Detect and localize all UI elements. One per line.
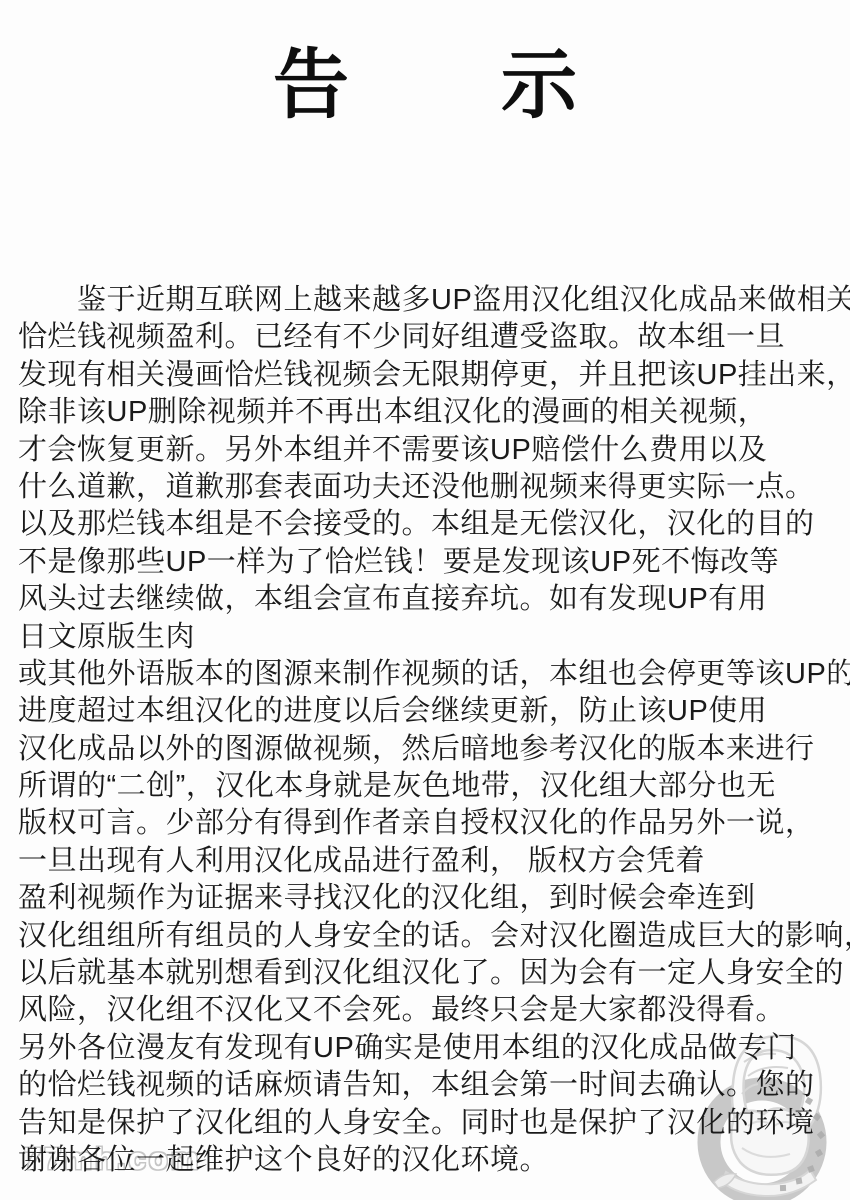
notice-line: 日文原版生肉 xyxy=(18,619,843,656)
notice-line: 盈利视频作为证据来寻找汉化的汉化组，到时候会牵连到 xyxy=(18,880,843,917)
notice-line: 除非该UP删除视频并不再出本组汉化的漫画的相关视频， xyxy=(18,394,843,431)
notice-line: 进度超过本组汉化的进度以后会继续更新，防止该UP使用 xyxy=(18,693,843,730)
notice-line: 风头过去继续做，本组会宣布直接弃坑。如有发现UP有用 xyxy=(18,581,843,618)
title-char-1: 告 xyxy=(273,48,349,124)
notice-line: 版权可言。少部分有得到作者亲自授权汉化的作品另外一说， xyxy=(18,805,843,842)
notice-line: 所谓的“二创”，汉化本身就是灰色地带，汉化组大部分也无 xyxy=(18,768,843,805)
notice-line: 风险，汉化组不汉化又不会死。最终只会是大家都没得看。 xyxy=(18,992,843,1029)
notice-page: 告 示 xyxy=(0,0,850,1200)
notice-line: 或其他外语版本的图源来制作视频的话，本组也会停更等该UP的 xyxy=(18,656,843,693)
notice-line: 恰烂钱视频盈利。已经有不少同好组遭受盗取。故本组一旦 xyxy=(18,319,843,356)
notice-line: 汉化成品以外的图源做视频，然后暗地参考汉化的版本来进行 xyxy=(18,731,843,768)
notice-line: 的恰烂钱视频的话麻烦请告知，本组会第一时间去确认。您的 xyxy=(18,1067,843,1104)
notice-body: 鉴于近期互联网上越来越多UP盗用汉化组汉化成品来做相关 恰烂钱视频盈利。已经有不… xyxy=(18,282,843,1179)
notice-line: 另外各位漫友有发现有UP确实是使用本组的汉化成品做专门 xyxy=(18,1030,843,1067)
notice-line: 以后就基本就别想看到汉化组汉化了。因为会有一定人身安全的 xyxy=(18,955,843,992)
notice-line: 告知是保护了汉化组的人身安全。同时也是保护了汉化的环境 xyxy=(18,1105,843,1142)
notice-line: 什么道歉，道歉那套表面功夫还没他删视频来得更实际一点。 xyxy=(18,469,843,506)
notice-line: 汉化组组所有组员的人身安全的话。会对汉化圈造成巨大的影响， xyxy=(18,918,843,955)
notice-line: 不是像那些UP一样为了恰烂钱！要是发现该UP死不悔改等 xyxy=(18,544,843,581)
notice-line: 鉴于近期互联网上越来越多UP盗用汉化组汉化成品来做相关 xyxy=(18,282,843,319)
notice-line: 才会恢复更新。另外本组并不需要该UP赔偿什么费用以及 xyxy=(18,432,843,469)
notice-line: 以及那烂钱本组是不会接受的。本组是无偿汉化，汉化的目的 xyxy=(18,506,843,543)
notice-line: 发现有相关漫画恰烂钱视频会无限期停更，并且把该UP挂出来， xyxy=(18,357,843,394)
title-char-2: 示 xyxy=(501,48,577,124)
page-title: 告 示 xyxy=(0,48,850,124)
notice-line: 一旦出现有人利用汉化成品进行盈利， 版权方会凭着 xyxy=(18,843,843,880)
notice-line: 谢谢各位一起维护这个良好的汉化环境。 xyxy=(18,1142,843,1179)
